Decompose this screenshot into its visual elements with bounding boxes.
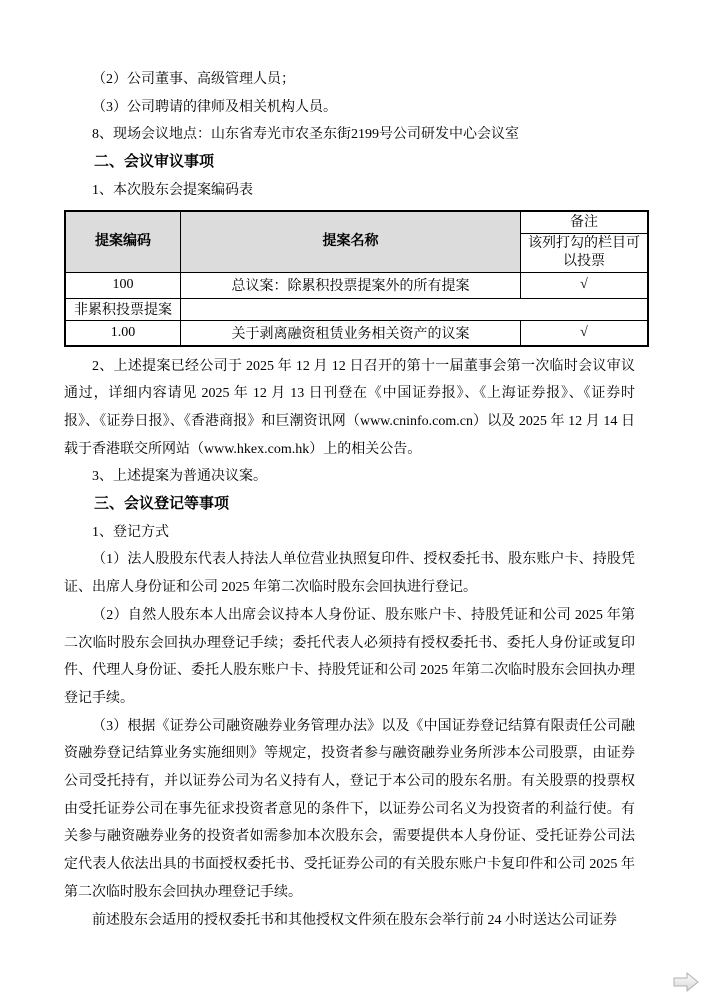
row-noncumulative-label: 非累积投票提案 [65, 298, 181, 320]
list-item-3: （3）公司聘请的律师及相关机构人员。 [64, 94, 635, 122]
header-proposal-code: 提案编码 [65, 211, 181, 273]
paragraph-ordinary-resolution: 3、上述提案为普通决议案。 [64, 463, 635, 491]
paragraph-board-approval: 2、上述提案已经公司于 2025 年 12 月 12 日召开的第十一届董事会第一… [64, 353, 635, 464]
row-general-code: 100 [65, 272, 181, 298]
paragraph-registration-method: 1、登记方式 [64, 519, 635, 547]
header-remark-note: 该列打勾的栏目可以投票 [521, 233, 649, 272]
vote-allowed-check: √ [521, 272, 649, 298]
row-noncumulative-empty [181, 298, 649, 320]
vote-allowed-check: √ [521, 320, 649, 346]
next-page-arrow-icon[interactable] [672, 970, 700, 994]
proposal-code-table: 提案编码 提案名称 备注 该列打勾的栏目可以投票 100 总议案：除累积投票提案… [64, 210, 649, 347]
meeting-location-line: 8、现场会议地点：山东省寿光市农圣东街2199号公司研发中心会议室 [64, 121, 635, 149]
section-heading-registration: 三、会议登记等事项 [64, 491, 635, 519]
list-item-2: （2）公司董事、高级管理人员； [64, 66, 635, 94]
row-proposal1-name: 关于剥离融资租赁业务相关资产的议案 [181, 320, 521, 346]
paragraph-margin-trading: （3）根据《证券公司融资融券业务管理办法》以及《中国证券登记结算有限责任公司融资… [64, 713, 635, 907]
section-heading-review-matters: 二、会议审议事项 [64, 149, 635, 177]
row-proposal1-code: 1.00 [65, 320, 181, 346]
table-caption-line: 1、本次股东会提案编码表 [64, 177, 635, 205]
row-general-name: 总议案：除累积投票提案外的所有提案 [181, 272, 521, 298]
header-remark: 备注 [521, 211, 649, 234]
header-proposal-name: 提案名称 [181, 211, 521, 273]
paragraph-legal-person-registration: （1）法人股股东代表人持法人单位营业执照复印件、授权委托书、股东账户卡、持股凭证… [64, 546, 635, 601]
paragraph-natural-person-registration: （2）自然人股东本人出席会议持本人身份证、股东账户卡、持股凭证和公司 2025 … [64, 602, 635, 713]
paragraph-proxy-delivery: 前述股东会适用的授权委托书和其他授权文件须在股东会举行前 24 小时送达公司证券 [64, 907, 635, 935]
document-page: （2）公司董事、高级管理人员； （3）公司聘请的律师及相关机构人员。 8、现场会… [0, 0, 705, 998]
